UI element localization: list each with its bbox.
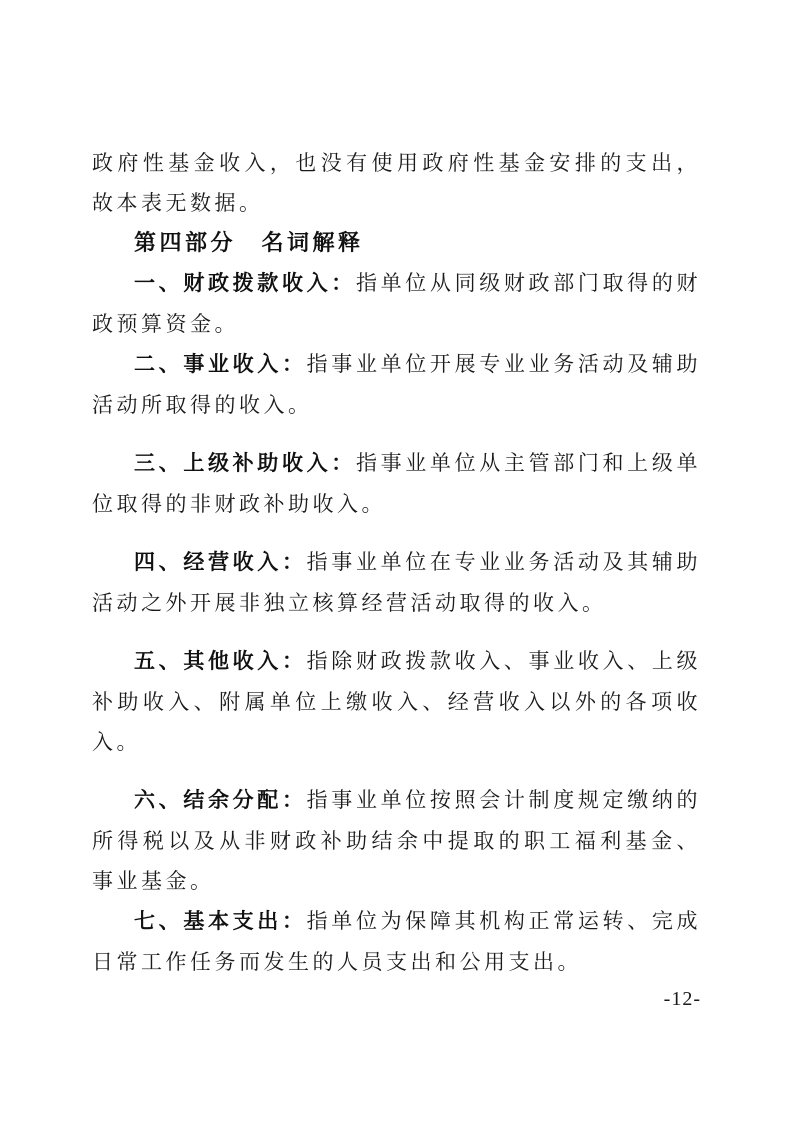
term-lead: 五、其他收入： (134, 650, 307, 673)
term-lead: 三、上级补助收入： (134, 452, 356, 475)
section-heading-text: 第四部分 名词解释 (134, 230, 364, 255)
term-lead: 七、基本支出： (134, 910, 307, 933)
term-paragraph-1: 一、财政拨款收入：指单位从同级财政部门取得的财政预算资金。 (92, 263, 701, 344)
section-heading: 第四部分 名词解释 (92, 223, 701, 263)
term-paragraph-6: 六、结余分配：指事业单位按照会计制度规定缴纳的所得税以及从非财政补助结余中提取的… (92, 780, 701, 901)
term-paragraph-2: 二、事业收入：指事业单位开展专业业务活动及辅助活动所取得的收入。 (92, 344, 701, 425)
term-paragraph-7: 七、基本支出：指单位为保障其机构正常运转、完成日常工作任务而发生的人员支出和公用… (92, 901, 701, 982)
term-paragraph-5: 五、其他收入：指除财政拨款收入、事业收入、上级补助收入、附属单位上缴收入、经营收… (92, 641, 701, 762)
term-paragraph-3: 三、上级补助收入：指事业单位从主管部门和上级单位取得的非财政补助收入。 (92, 443, 701, 524)
intro-continuation-paragraph: 政府性基金收入，也没有使用政府性基金安排的支出，故本表无数据。 (92, 143, 701, 223)
document-page: 政府性基金收入，也没有使用政府性基金安排的支出，故本表无数据。 第四部分 名词解… (0, 0, 793, 1122)
term-lead: 二、事业收入： (134, 353, 307, 376)
paragraph-text: 政府性基金收入，也没有使用政府性基金安排的支出，故本表无数据。 (92, 151, 701, 215)
term-lead: 四、经营收入： (134, 551, 307, 574)
page-number: -12- (664, 988, 701, 1011)
term-lead: 一、财政拨款收入： (134, 272, 356, 295)
term-paragraph-4: 四、经营收入：指事业单位在专业业务活动及其辅助活动之外开展非独立核算经营活动取得… (92, 542, 701, 623)
term-lead: 六、结余分配： (134, 789, 307, 812)
